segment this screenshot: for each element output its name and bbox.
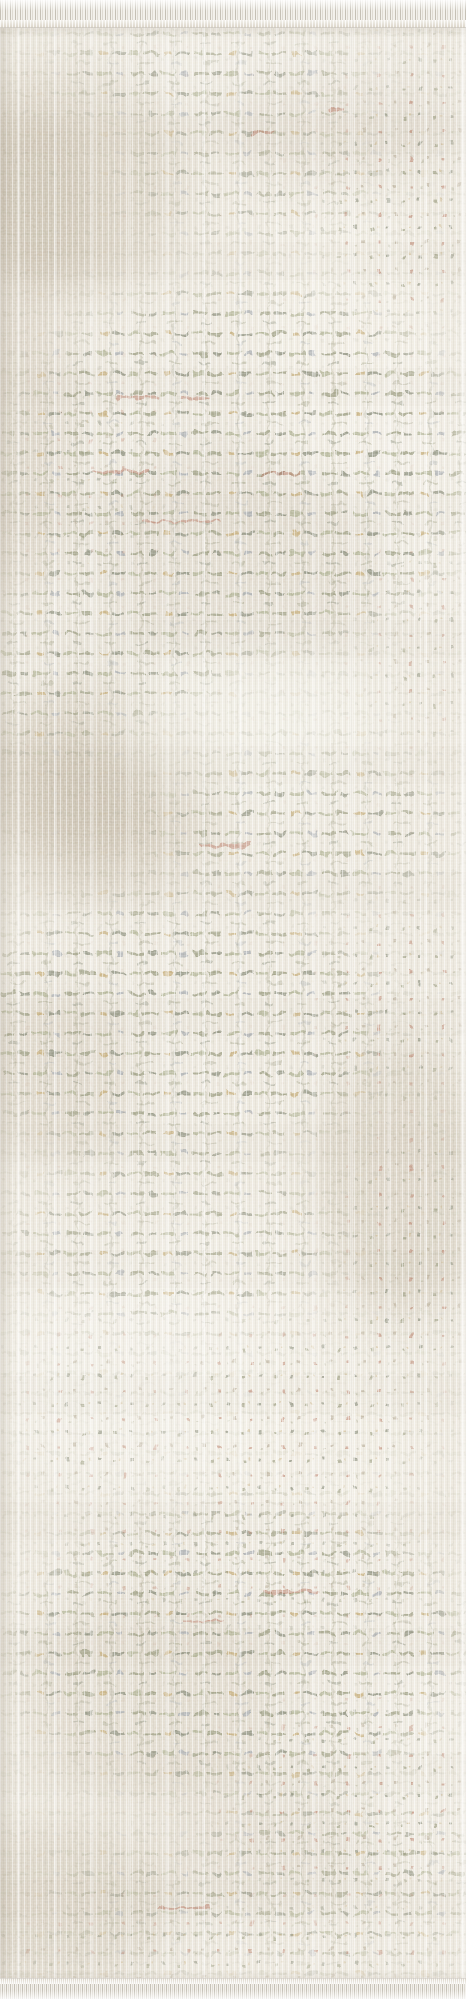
rug-pile bbox=[0, 28, 466, 1978]
top-fringe bbox=[0, 0, 466, 20]
pile-texture bbox=[0, 28, 466, 1978]
fiber-grain bbox=[0, 28, 466, 1978]
bottom-fringe bbox=[0, 1984, 466, 1999]
rug-photo bbox=[0, 0, 466, 1999]
top-binding bbox=[0, 20, 466, 28]
photo-canvas bbox=[0, 0, 466, 2000]
